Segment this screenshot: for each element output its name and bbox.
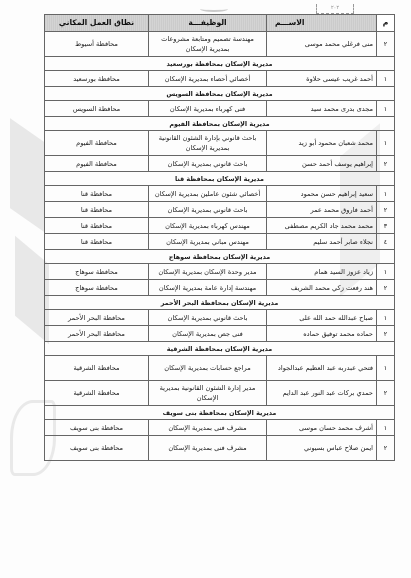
row-name: هند رفعت زكي محمد الشريف (267, 280, 377, 296)
row-num: ١ (377, 101, 395, 117)
row-name: أحمد فاروق محمد عمر (267, 202, 377, 218)
row-num: ١ (377, 264, 395, 280)
table-row: ٢ حماده محمد توفيق حماده فنى جص بمديرية … (45, 326, 395, 342)
section-title: مديرية الإسكان بمحافظة بورسعيد (45, 57, 395, 71)
section-header: مديرية الإسكان بمحافظة بنى سويف (45, 406, 395, 420)
row-job: باحث قانوني بمديرية الإسكان (149, 202, 267, 218)
row-num: ٣ (377, 218, 395, 234)
header-job: الوظيفـــة (149, 15, 267, 32)
row-location: محافظة قنا (45, 218, 149, 234)
section-header: مديرية الإسكان بمحافظة بورسعيد (45, 57, 395, 71)
row-location: محافظة البحر الأحمر (45, 326, 149, 342)
header-name: الاســـم (267, 15, 377, 32)
row-num: ١ (377, 356, 395, 381)
row-job: مدير إدارة الشئون القانونية بمديرية الإس… (149, 381, 267, 406)
row-job: أخصائي شئون عاملين بمديرية الإسكان (149, 186, 267, 202)
row-location: محافظة بورسعيد (45, 71, 149, 87)
row-num: ٢ (377, 280, 395, 296)
row-name: سعيد إبراهيم حسن محمود (267, 186, 377, 202)
row-name: نجلاء صابر أحمد سليم (267, 234, 377, 250)
table-row: ٣ محمد محمد جاد الكريم مصطفى مهندس كهربا… (45, 218, 395, 234)
table-row: ١ أشرف محمد حسان موسى مشرف فنى بمديرية ا… (45, 420, 395, 436)
table-row: ٢ هند رفعت زكي محمد الشريف مهندسة إدارة … (45, 280, 395, 296)
section-header: مديرية الإسكان بمحافظة قنا (45, 172, 395, 186)
row-job: أخصائي أحصاء بمديرية الإسكان (149, 71, 267, 87)
row-num: ٢ (377, 156, 395, 172)
row-location: محافظة الفيوم (45, 156, 149, 172)
row-job: مهندس مباني بمديرية الإسكان (149, 234, 267, 250)
table-body: ٢ منى فرغلي محمد موسى مهندسة تصميم ومتاب… (45, 32, 395, 461)
section-header: مديرية الإسكان بمحافظة الفيوم (45, 117, 395, 131)
row-location: محافظة بنى سويف (45, 436, 149, 461)
row-name: أشرف محمد حسان موسى (267, 420, 377, 436)
row-name: أحمد غريب عيسى حلاوة (267, 71, 377, 87)
row-num: ٢ (377, 436, 395, 461)
row-job: مهندس كهرباء بمديرية الإسكان (149, 218, 267, 234)
row-job: مهندسة إدارة عامة بمديرية الإسكان (149, 280, 267, 296)
row-location: محافظة قنا (45, 234, 149, 250)
row-job: باحث قانوني بمديرية الإسكان (149, 310, 267, 326)
row-location: محافظة سوهاج (45, 280, 149, 296)
table-row: ١ أحمد غريب عيسى حلاوة أخصائي أحصاء بمدي… (45, 71, 395, 87)
section-header: مديرية الإسكان بمحافظة سوهاج (45, 250, 395, 264)
row-job: مراجع حسابات بمديرية الإسكان (149, 356, 267, 381)
row-location: محافظة الشرقية (45, 356, 149, 381)
watermark-stroke (10, 118, 44, 232)
row-name: ايمن صلاح عباس بسيوني (267, 436, 377, 461)
row-num: ٢ (377, 381, 395, 406)
table-row: ١ فتحي عبدربه عبد العظيم عبدالجواد مراجع… (45, 356, 395, 381)
row-location: محافظة قنا (45, 202, 149, 218)
table-row: ٢ أحمد فاروق محمد عمر باحث قانوني بمديري… (45, 202, 395, 218)
header-num: م (377, 15, 395, 32)
section-title: مديرية الإسكان بمحافظة البحر الأحمر (45, 296, 395, 310)
row-num: ١ (377, 420, 395, 436)
row-name: محمد محمد جاد الكريم مصطفى (267, 218, 377, 234)
table-row: ٢ ايمن صلاح عباس بسيوني مشرف فنى بمديرية… (45, 436, 395, 461)
row-num: ١ (377, 186, 395, 202)
scanned-page: ٢٠٢ م الاســـم الوظيفـــة نطاق العمل الم… (0, 0, 411, 578)
row-name: محمد شعبان محمود أبو زيد (267, 131, 377, 156)
page-number: ٢٠٢ (316, 4, 354, 14)
section-title: مديرية الإسكان بمحافظة بنى سويف (45, 406, 395, 420)
section-header: مديرية الإسكان بمحافظة السويس (45, 87, 395, 101)
row-name: منى فرغلي محمد موسى (267, 32, 377, 57)
row-location: محافظة بنى سويف (45, 420, 149, 436)
row-name: إبراهيم يوسف أحمد حسن (267, 156, 377, 172)
header-location: نطاق العمل المكاني (45, 15, 149, 32)
row-job: مدير وحدة الإسكان بمديرية الإسكان (149, 264, 267, 280)
row-name: حماده محمد توفيق حماده (267, 326, 377, 342)
row-location: محافظة البحر الأحمر (45, 310, 149, 326)
row-num: ١ (377, 310, 395, 326)
table-row: ١ زياد عزوز السيد همام مدير وحدة الإسكان… (45, 264, 395, 280)
row-name: صباح عبدالله حمد الله على (267, 310, 377, 326)
section-title: مديرية الإسكان بمحافظة الشرقية (45, 342, 395, 356)
row-location: محافظة أسيوط (45, 32, 149, 57)
table-row: ٢ منى فرغلي محمد موسى مهندسة تصميم ومتاب… (45, 32, 395, 57)
row-location: محافظة السويس (45, 101, 149, 117)
section-title: مديرية الإسكان بمحافظة الفيوم (45, 117, 395, 131)
row-num: ١ (377, 71, 395, 87)
row-location: محافظة الشرقية (45, 381, 149, 406)
table-header-row: م الاســـم الوظيفـــة نطاق العمل المكاني (45, 15, 395, 32)
row-num: ٤ (377, 234, 395, 250)
row-name: فتحي عبدربه عبد العظيم عبدالجواد (267, 356, 377, 381)
row-num: ٢ (377, 32, 395, 57)
row-job: مشرف فنى بمديرية الإسكان (149, 436, 267, 461)
row-job: فنى كهرباء بمديرية الإسكان (149, 101, 267, 117)
row-num: ٢ (377, 326, 395, 342)
row-location: محافظة قنا (45, 186, 149, 202)
row-name: حمدي بركات عبد النور عبد الدايم (267, 381, 377, 406)
section-header: مديرية الإسكان بمحافظة البحر الأحمر (45, 296, 395, 310)
row-num: ١ (377, 131, 395, 156)
table-row: ١ مجدى بدرى محمد سيد فنى كهرباء بمديرية … (45, 101, 395, 117)
section-title: مديرية الإسكان بمحافظة سوهاج (45, 250, 395, 264)
table-row: ٢ إبراهيم يوسف أحمد حسن باحث قانوني بمدي… (45, 156, 395, 172)
scan-mark (200, 6, 228, 12)
row-job: مهندسة تصميم ومتابعة مشروعات بمديرية الإ… (149, 32, 267, 57)
table-row: ١ محمد شعبان محمود أبو زيد باحث قانوني ب… (45, 131, 395, 156)
row-job: باحث قانوني بمديرية الإسكان (149, 156, 267, 172)
table-row: ١ سعيد إبراهيم حسن محمود أخصائي شئون عام… (45, 186, 395, 202)
employee-table: م الاســـم الوظيفـــة نطاق العمل المكاني… (44, 14, 395, 461)
table-row: ٢ حمدي بركات عبد النور عبد الدايم مدير إ… (45, 381, 395, 406)
row-num: ٢ (377, 202, 395, 218)
row-job: مشرف فنى بمديرية الإسكان (149, 420, 267, 436)
row-location: محافظة سوهاج (45, 264, 149, 280)
row-location: محافظة الفيوم (45, 131, 149, 156)
row-job: فنى جص بمديرية الإسكان (149, 326, 267, 342)
row-name: زياد عزوز السيد همام (267, 264, 377, 280)
section-title: مديرية الإسكان بمحافظة قنا (45, 172, 395, 186)
section-header: مديرية الإسكان بمحافظة الشرقية (45, 342, 395, 356)
table-row: ١ صباح عبدالله حمد الله على باحث قانوني … (45, 310, 395, 326)
row-job: باحث قانوني بإدارة الشئون القانونية بمدي… (149, 131, 267, 156)
section-title: مديرية الإسكان بمحافظة السويس (45, 87, 395, 101)
table-row: ٤ نجلاء صابر أحمد سليم مهندس مباني بمدير… (45, 234, 395, 250)
row-name: مجدى بدرى محمد سيد (267, 101, 377, 117)
